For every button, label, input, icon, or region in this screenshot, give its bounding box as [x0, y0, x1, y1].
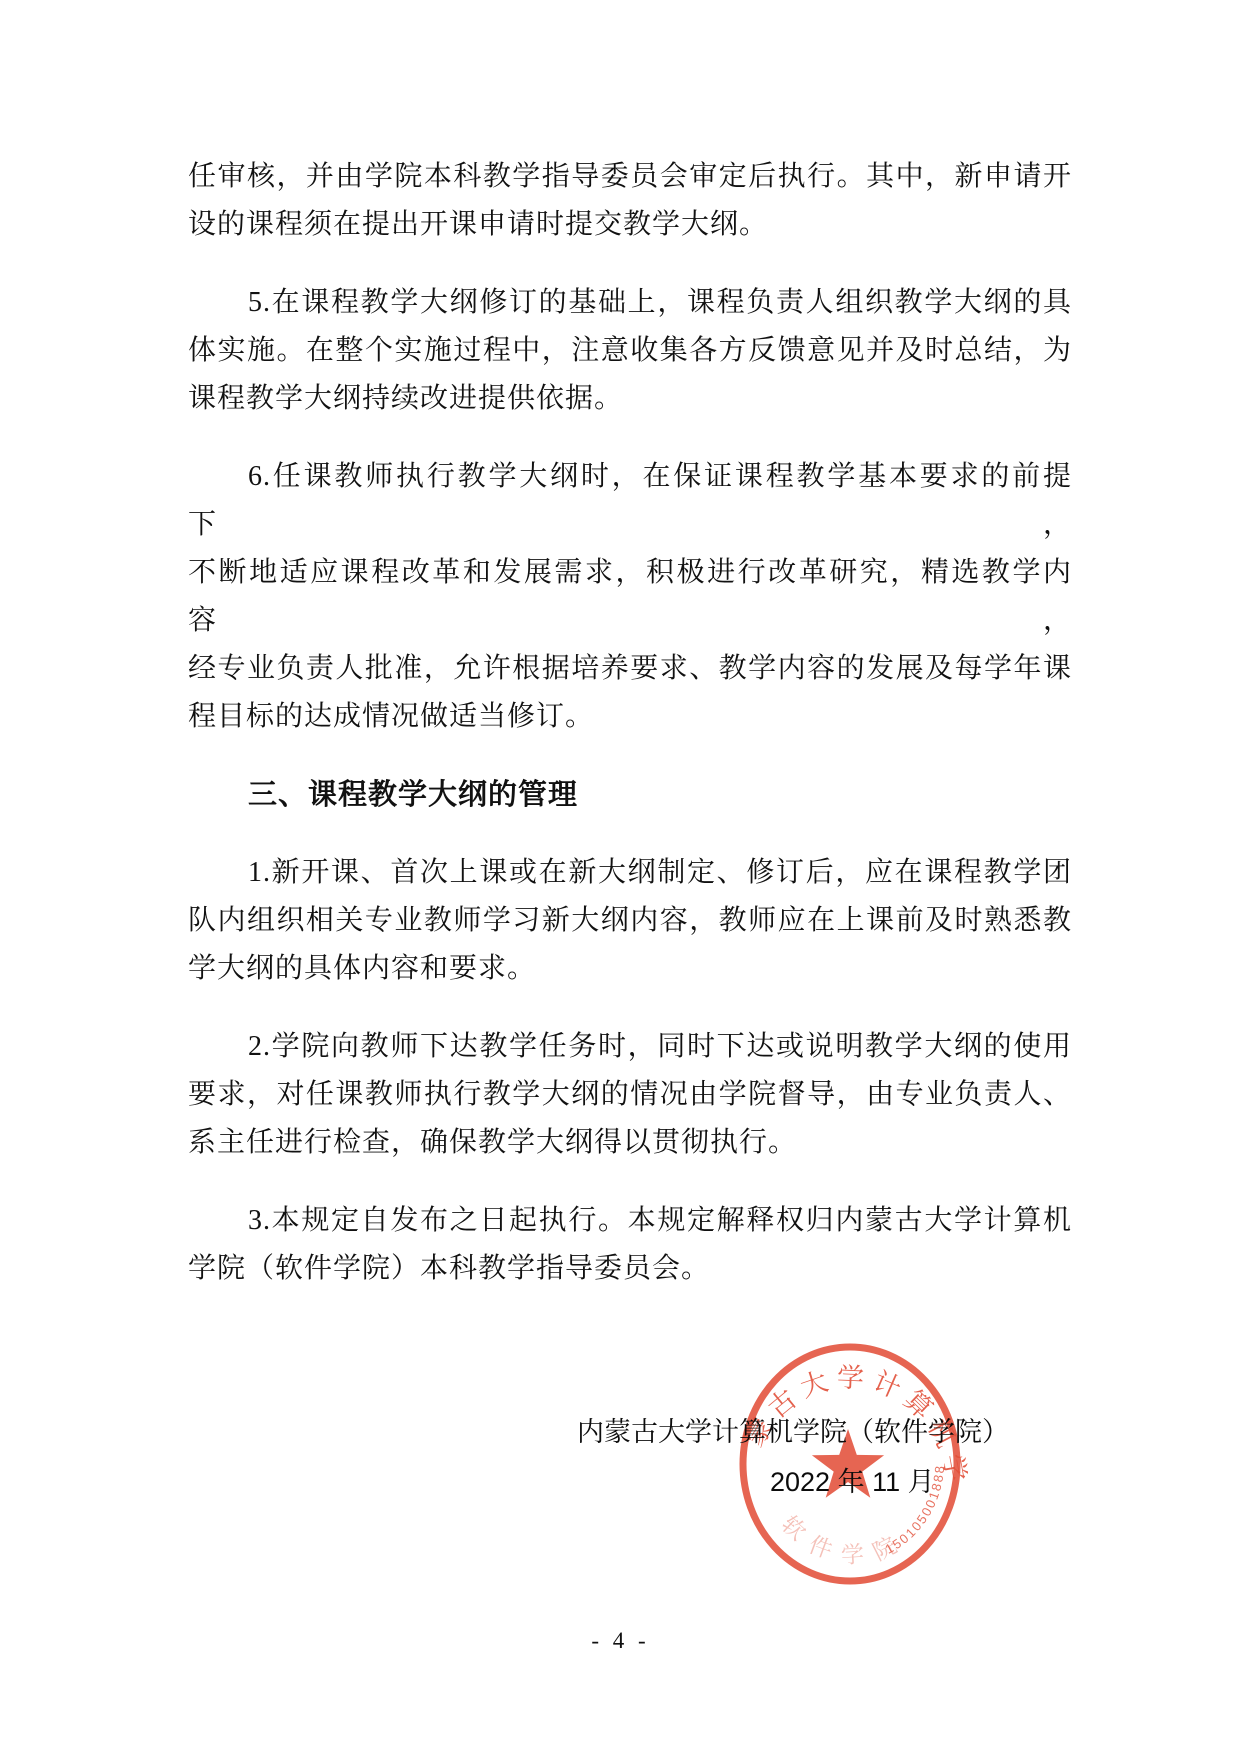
text-line: 任审核，并由学院本科教学指导委员会审定后执行。其中，新申请开 — [188, 153, 1072, 201]
text-line: 学院（软件学院）本科教学指导委员会。 — [188, 1245, 1072, 1293]
text-line: 6.任课教师执行教学大纲时，在保证课程教学基本要求的前提下， — [188, 453, 1072, 549]
text-line: 设的课程须在提出开课申请时提交教学大纲。 — [188, 201, 1072, 249]
paragraph: 2.学院向教师下达教学任务时，同时下达或说明教学大纲的使用要求，对任课教师执行教… — [188, 1023, 1072, 1167]
signature-org: 内蒙古大学计算机学院（软件学院） — [577, 1410, 1009, 1449]
paragraph: 3.本规定自发布之日起执行。本规定解释权归内蒙古大学计算机学院（软件学院）本科教… — [188, 1197, 1072, 1293]
text-line: 1.新开课、首次上课或在新大纲制定、修订后，应在课程教学团 — [188, 849, 1072, 897]
text-line: 不断地适应课程改革和发展需求，积极进行改革研究，精选教学内容， — [188, 549, 1072, 645]
text-line: 程目标的达成情况做适当修订。 — [188, 693, 1072, 741]
seal-bottom-faint-text: 软件学院 — [777, 1511, 913, 1569]
text-line: 三、课程教学大纲的管理 — [188, 771, 1072, 819]
paragraph-list: 任审核，并由学院本科教学指导委员会审定后执行。其中，新申请开设的课程须在提出开课… — [188, 153, 1072, 1293]
text-line: 5.在课程教学大纲修订的基础上，课程负责人组织教学大纲的具 — [188, 279, 1072, 327]
text-line: 经专业负责人批准，允许根据培养要求、教学内容的发展及每学年课 — [188, 645, 1072, 693]
paragraph: 1.新开课、首次上课或在新大纲制定、修订后，应在课程教学团队内组织相关专业教师学… — [188, 849, 1072, 993]
document-page: 任审核，并由学院本科教学指导委员会审定后执行。其中，新申请开设的课程须在提出开课… — [0, 0, 1241, 1755]
document-body: 任审核，并由学院本科教学指导委员会审定后执行。其中，新申请开设的课程须在提出开课… — [188, 153, 1072, 1323]
text-line: 课程教学大纲持续改进提供依据。 — [188, 375, 1072, 423]
text-line: 队内组织相关专业教师学习新大纲内容，教师应在上课前及时熟悉教 — [188, 897, 1072, 945]
text-line: 2.学院向教师下达教学任务时，同时下达或说明教学大纲的使用 — [188, 1023, 1072, 1071]
text-line: 体实施。在整个实施过程中，注意收集各方反馈意见并及时总结，为 — [188, 327, 1072, 375]
paragraph: 6.任课教师执行教学大纲时，在保证课程教学基本要求的前提下，不断地适应课程改革和… — [188, 453, 1072, 741]
paragraph: 任审核，并由学院本科教学指导委员会审定后执行。其中，新申请开设的课程须在提出开课… — [188, 153, 1072, 249]
text-line: 要求，对任课教师执行教学大纲的情况由学院督导，由专业负责人、 — [188, 1071, 1072, 1119]
signature-date: 2022 年 11 月 — [770, 1460, 935, 1499]
page-number: - 4 - — [0, 1628, 1241, 1654]
text-line: 学大纲的具体内容和要求。 — [188, 945, 1072, 993]
paragraph: 5.在课程教学大纲修订的基础上，课程负责人组织教学大纲的具体实施。在整个实施过程… — [188, 279, 1072, 423]
text-line: 3.本规定自发布之日起执行。本规定解释权归内蒙古大学计算机 — [188, 1197, 1072, 1245]
text-line: 系主任进行检查，确保教学大纲得以贯彻执行。 — [188, 1119, 1072, 1167]
section-heading: 三、课程教学大纲的管理 — [188, 771, 1072, 819]
